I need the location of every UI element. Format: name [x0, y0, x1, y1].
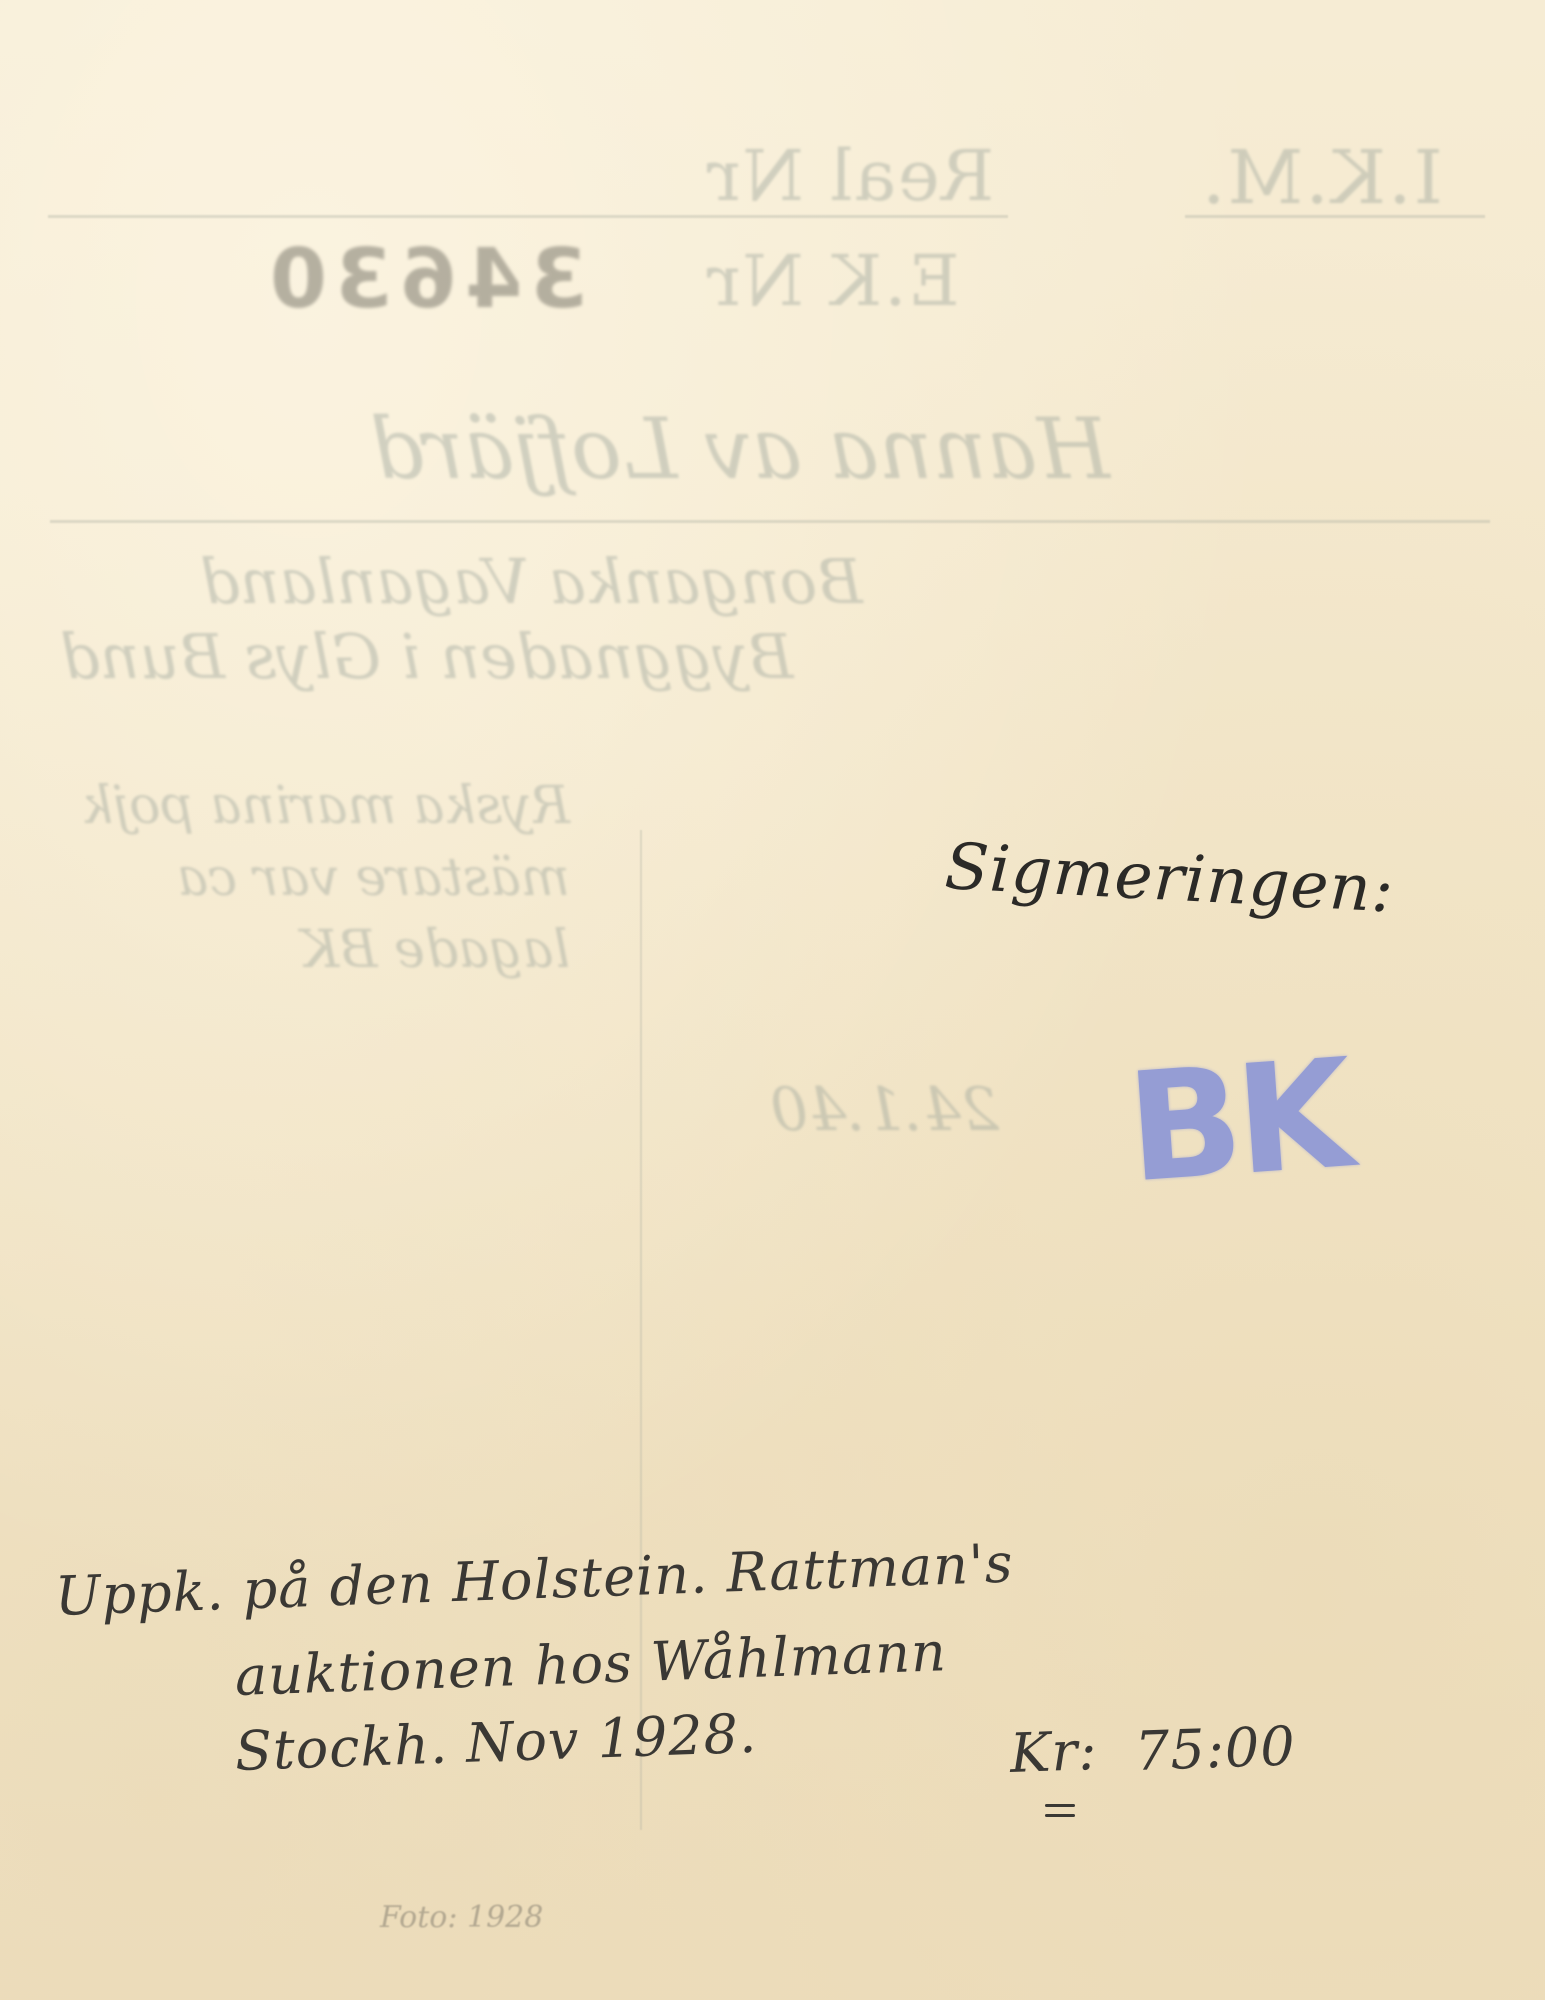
bleed-left-column-text: Ryska marina pojk mästare var ca lagade … — [10, 770, 570, 986]
bleed-line-1: Bonganka Vaganland — [200, 545, 863, 618]
bleed-line-2: Byggnaden i Glys Bund — [60, 620, 793, 693]
bleed-stamp-fragment: 24.1.40 — [770, 1075, 999, 1145]
bleed-title-handwritten: Hanna av Lofjärd — [370, 400, 1110, 498]
bleed-rule-title — [50, 520, 1490, 523]
footer-pencil-note: Foto: 1928 — [380, 1900, 543, 1935]
price-underline-mark-2 — [1045, 1814, 1075, 1817]
price-value: 75:00 — [1134, 1714, 1297, 1783]
bleed-header-ikm: I.K.M. — [1200, 135, 1443, 221]
monogram-stamp-bk: BK — [1122, 1028, 1352, 1217]
bleed-rule-header-right — [1185, 215, 1485, 218]
bleed-catalog-number: 34630 — [262, 232, 587, 327]
bleed-header-real-nr: Real Nr — [705, 135, 994, 217]
bleed-ek-nr-label: E.K Nr — [705, 240, 960, 322]
price-underline-mark-1 — [1045, 1804, 1075, 1807]
price-label: Kr: — [1009, 1719, 1099, 1785]
bleed-rule-header-left — [48, 215, 1008, 218]
